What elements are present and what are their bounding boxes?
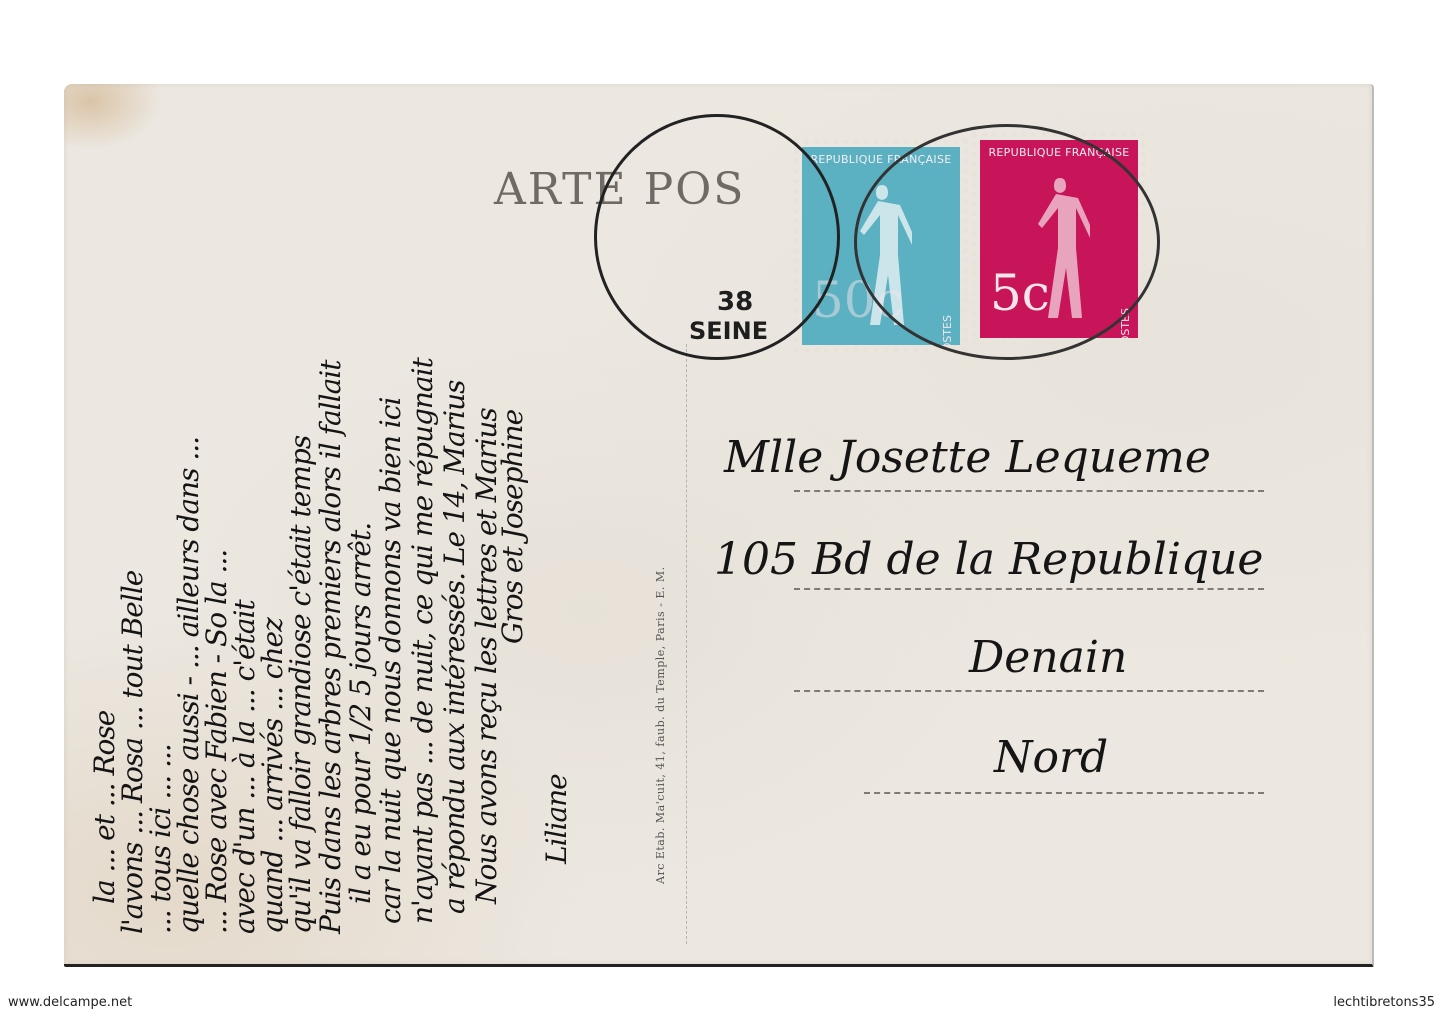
postmark-right [854, 124, 1160, 360]
address-region: Nord [994, 732, 1108, 783]
address-city: Denain [969, 632, 1127, 683]
address-rule-4 [864, 792, 1264, 794]
watermark-seller: lechtibretons35 [1333, 995, 1435, 1010]
postmark-year: 38 [717, 287, 753, 317]
handwritten-message: Liliane Gros et Josephine Nous avons reç… [64, 84, 624, 964]
card-divider-line [686, 344, 687, 944]
address-recipient: Mlle Josette Lequeme [724, 432, 1211, 483]
address-rule-1 [794, 490, 1264, 492]
message-line: Puis dans les arbres premiers alors il f… [314, 361, 347, 935]
message-line: il a eu pour 1/2 5 jours arrêt. [344, 523, 377, 904]
watermark-site: www.delcampe.net [8, 995, 132, 1010]
address-street: 105 Bd de la Republique [714, 534, 1263, 585]
message-line: n'ayant pas ... de nuit, ce qui me répug… [406, 358, 439, 924]
message-line: Liliane [540, 774, 573, 864]
address-rule-2 [794, 588, 1264, 590]
printer-credit: Arc Etab. Ma'cuit, 41, faub. du Temple, … [654, 566, 667, 884]
postmark-region: SEINE [689, 317, 768, 345]
message-line: Nous avons reçu les lettres et Marius [470, 408, 503, 904]
message-line: car la nuit que nous donnons va bien ici [374, 398, 407, 924]
postcard: ARTE POS Arc Etab. Ma'cuit, 41, faub. du… [64, 84, 1374, 967]
message-line: a répondu aux intéressés. Le 14, Marius [438, 381, 471, 914]
postmark-left: 38 SEINE [594, 114, 840, 360]
address-rule-3 [794, 690, 1264, 692]
message-line: la ... et ... Rose [88, 711, 121, 904]
